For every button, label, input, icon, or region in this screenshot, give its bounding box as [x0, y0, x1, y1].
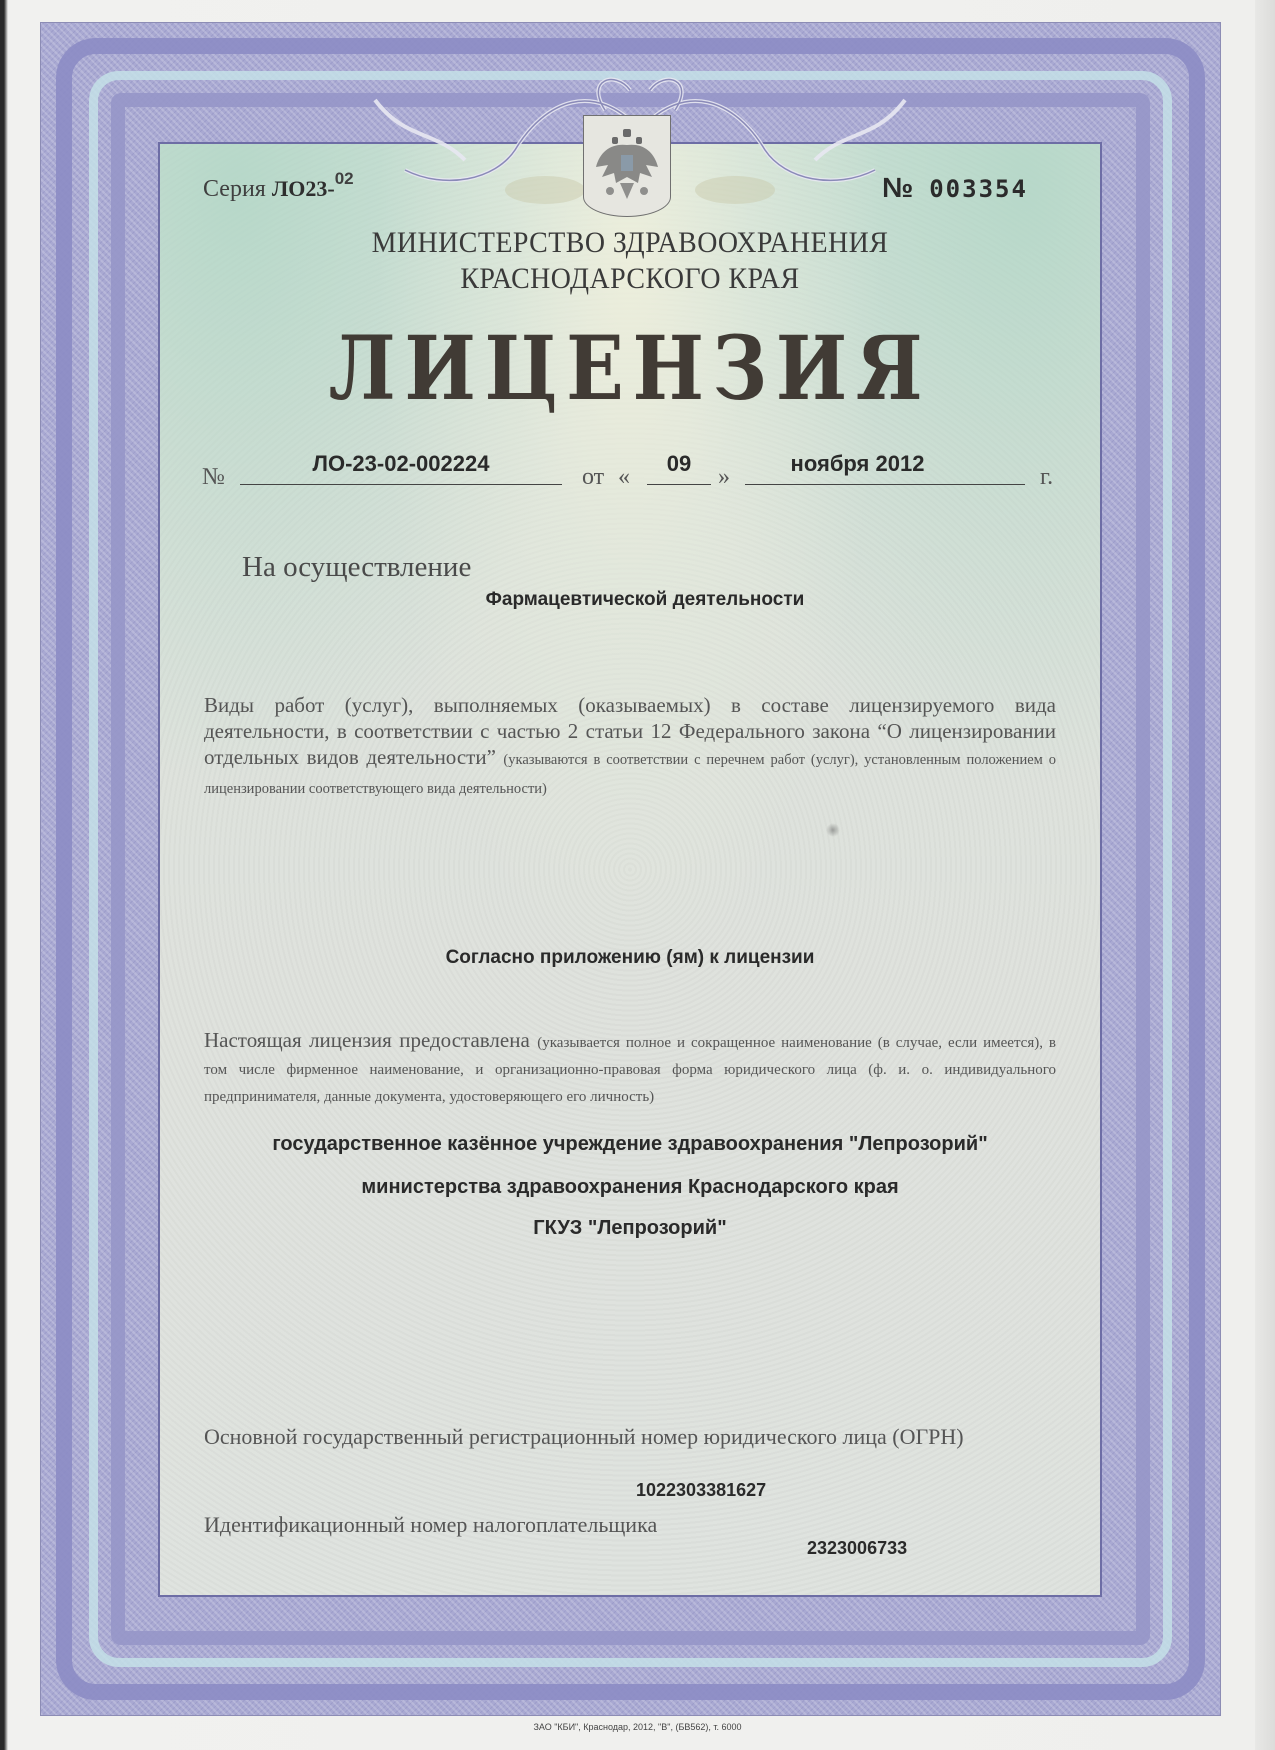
works-description: Виды работ (услуг), выполняемых (оказыва…: [204, 692, 1056, 802]
series-superscript: 02: [335, 169, 354, 188]
licensee-text: Настоящая лицензия предоставлена: [204, 1028, 530, 1052]
ink-smudge: [826, 823, 840, 837]
coat-of-arms-emblem: [583, 115, 671, 217]
inn-label: Идентификационный номер налогоплательщик…: [204, 1512, 657, 1538]
quote-close: »: [718, 464, 730, 491]
issuer-line-1: МИНИСТЕРСТВО ЗДРАВООХРАНЕНИЯ: [191, 226, 1069, 260]
license-number-underline: [240, 484, 562, 485]
license-number-value: ЛО-23-02-002224: [240, 451, 562, 477]
series-value: ЛО23-: [272, 176, 335, 201]
blank-number-field: №003354: [882, 172, 1028, 204]
ogrn-value: 1022303381627: [636, 1480, 766, 1501]
purpose-label: На осуществление: [242, 551, 471, 584]
license-day-value: 09: [647, 451, 711, 477]
license-number-row: № ЛО-23-02-002224 от « 09 » ноября 2012 …: [200, 445, 1060, 495]
from-label: от: [582, 464, 604, 491]
day-underline: [647, 484, 711, 485]
purpose-value: Фармацевтической деятельности: [158, 589, 1102, 611]
number-sign: №: [882, 172, 913, 203]
inn-value: 2323006733: [807, 1538, 907, 1559]
series-field: СерияЛО23-02: [203, 172, 354, 203]
quote-open: «: [618, 464, 630, 491]
licensee-description: Настоящая лицензия предоставлена (указыв…: [204, 1027, 1056, 1108]
series-label: Серия: [203, 176, 266, 202]
document-title: ЛИЦЕНЗИЯ: [224, 316, 1036, 420]
license-month-year-value: ноября 2012: [745, 451, 970, 477]
double-headed-eagle-icon: [592, 125, 662, 207]
license-number-sign: №: [202, 464, 225, 491]
licensee-name-line-1: государственное казённое учреждение здра…: [158, 1133, 1102, 1156]
blank-number: 003354: [929, 175, 1028, 203]
year-suffix: г.: [1040, 464, 1053, 491]
licensee-name-line-2: министерства здравоохранения Краснодарск…: [158, 1176, 1102, 1199]
works-value: Согласно приложению (ям) к лицензии: [158, 947, 1102, 969]
printer-imprint: ЗАО "КБИ", Краснодар, 2012, "В", (БВ562)…: [0, 1722, 1275, 1732]
ogrn-label: Основной государственный регистрационный…: [204, 1424, 964, 1450]
licensee-short-name: ГКУЗ "Лепрозорий": [158, 1217, 1102, 1240]
month-year-underline: [745, 484, 1025, 485]
issuer-line-2: КРАСНОДАРСКОГО КРАЯ: [191, 262, 1069, 296]
